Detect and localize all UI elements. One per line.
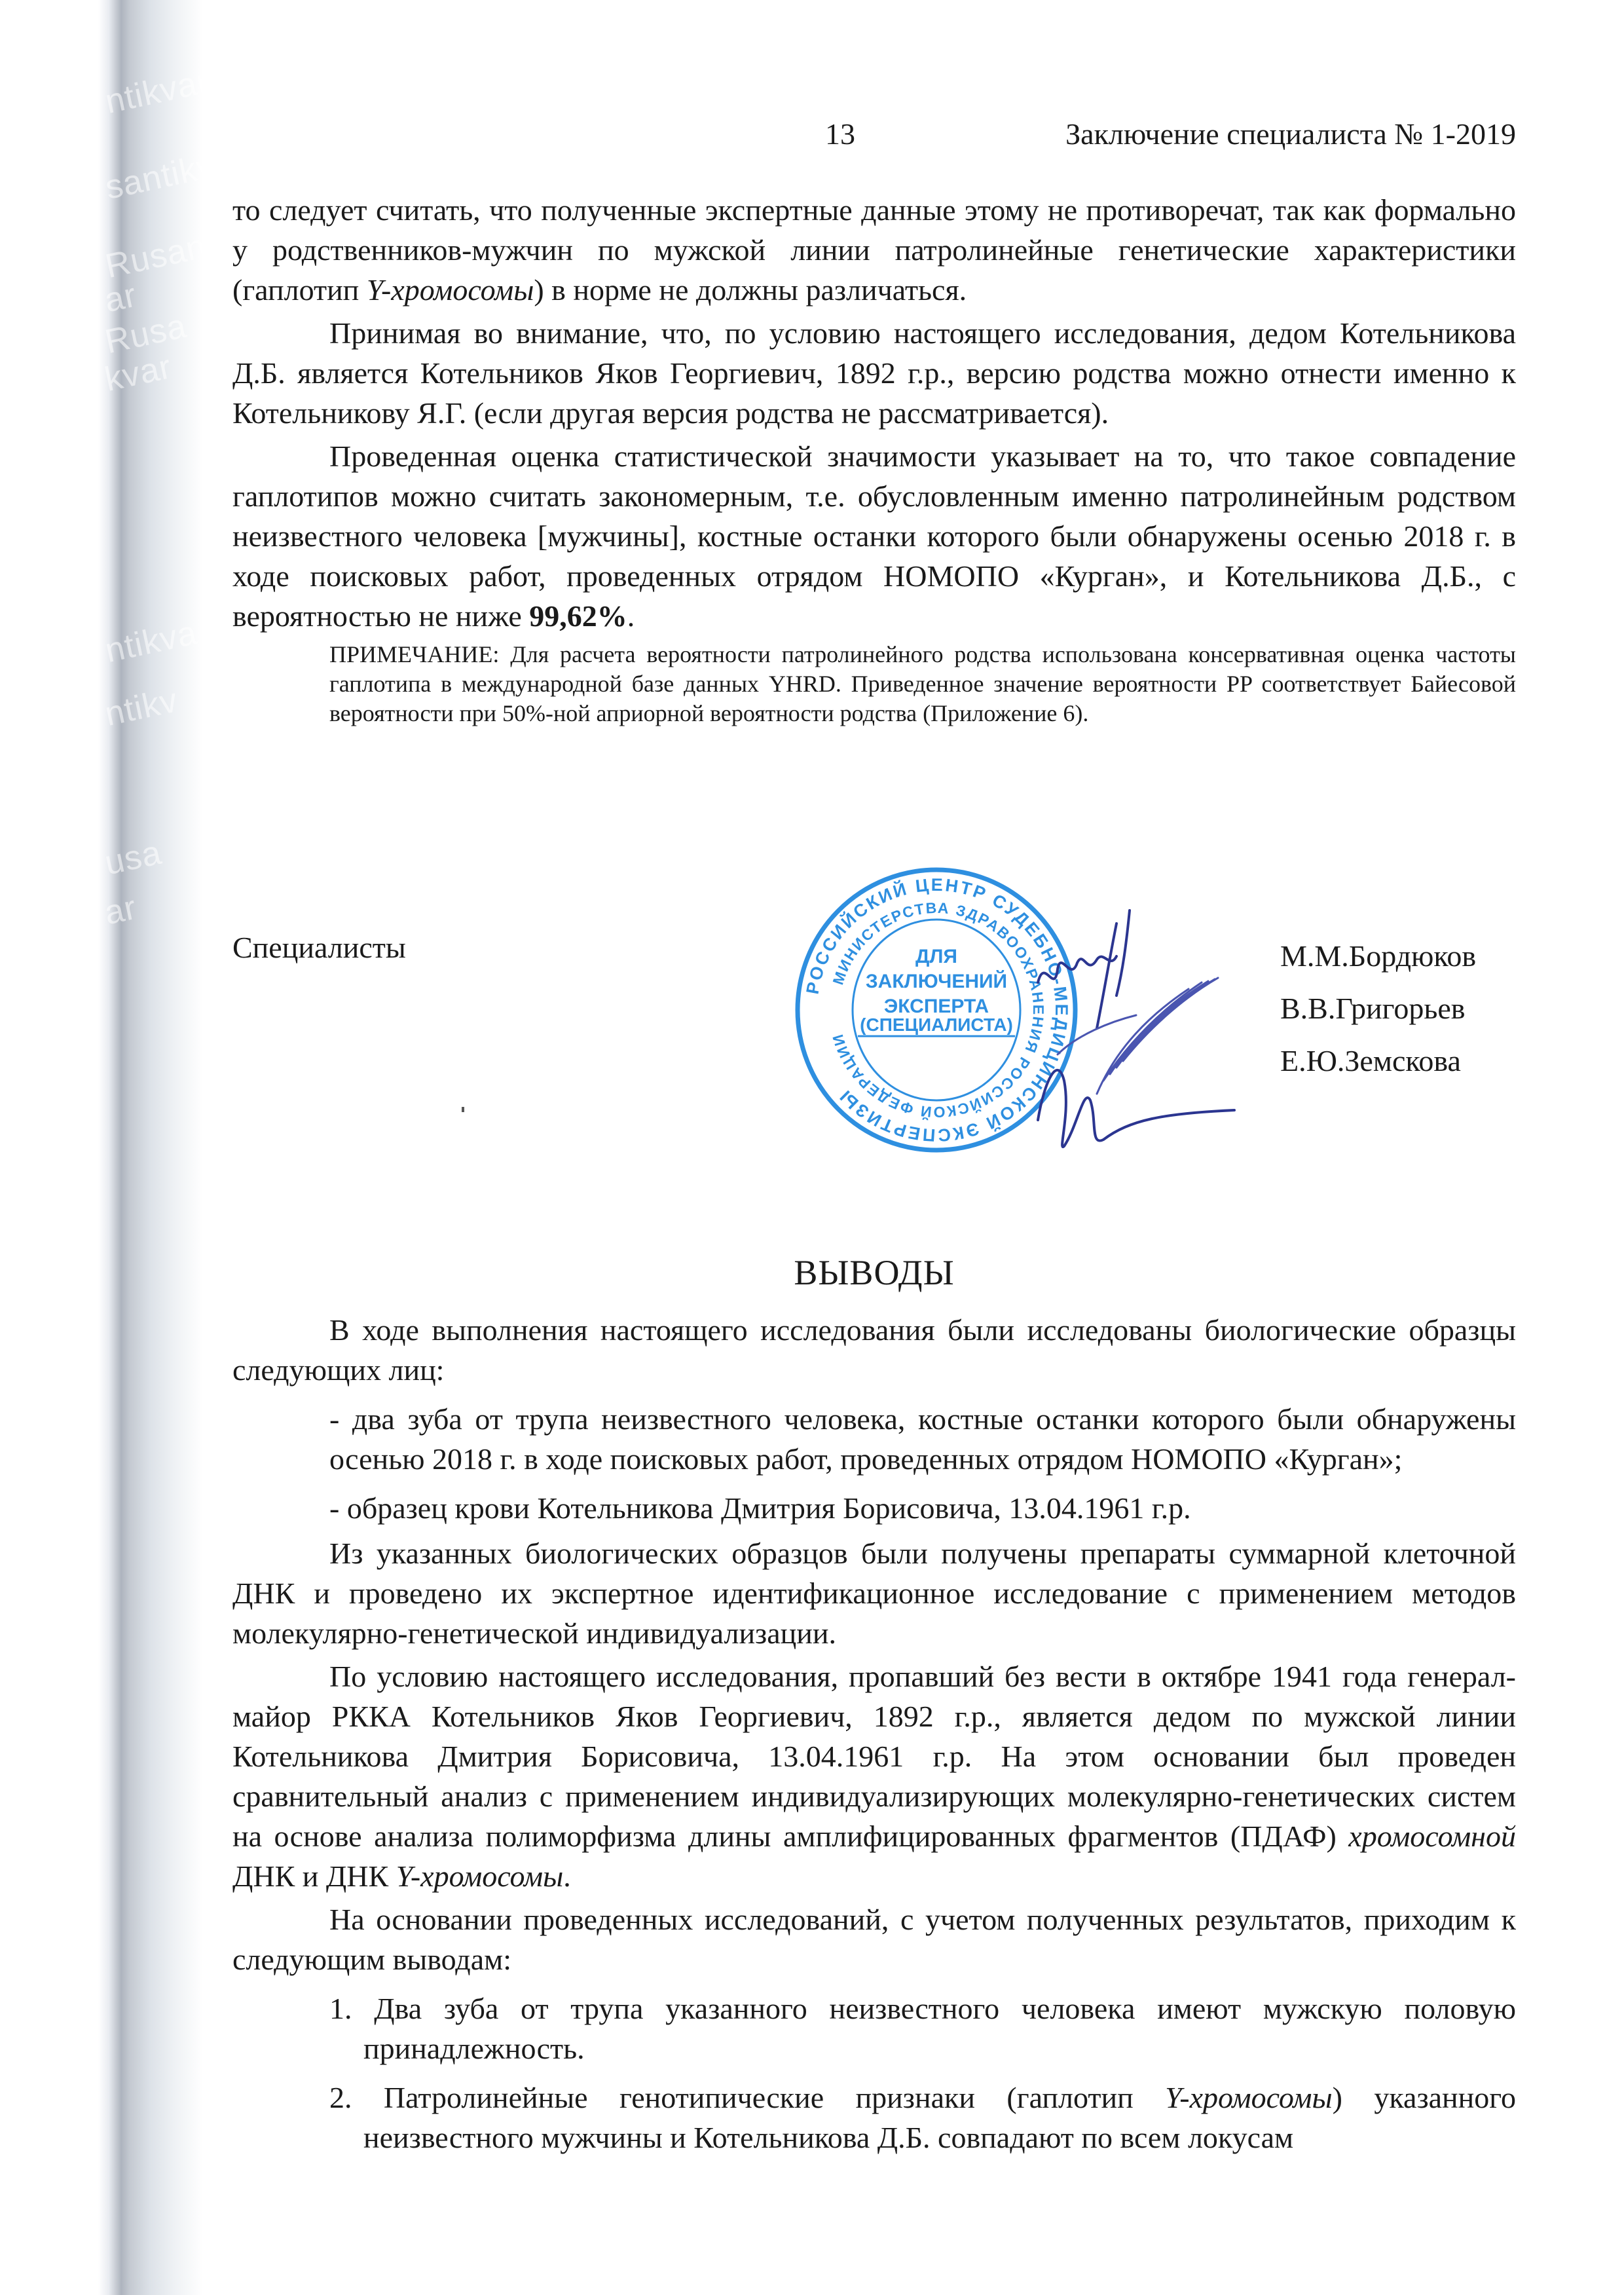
- specialist-name: М.М.Бордюков: [1280, 930, 1476, 982]
- svg-text:(СПЕЦИАЛИСТА): (СПЕЦИАЛИСТА): [860, 1015, 1013, 1035]
- sample-item: - два зуба от трупа неизвестного человек…: [329, 1399, 1516, 1479]
- body-paragraph-1: то следует считать, что полученные экспе…: [232, 190, 1516, 310]
- finding-item: 2. Патролинейные генотипические признаки…: [329, 2078, 1516, 2157]
- finding-item: 1. Два зуба от трупа указанного неизвест…: [329, 1988, 1516, 2068]
- basis-paragraph: На основании проведенных исследований, с…: [232, 1899, 1516, 1979]
- document-title: Заключение специалиста № 1-2019: [1065, 117, 1516, 151]
- sample-item: - образец крови Котельникова Дмитрия Бор…: [329, 1488, 1516, 1528]
- dna-paragraph: Из указанных биологических образцов были…: [232, 1533, 1516, 1653]
- conclusions-title: ВЫВОДЫ: [232, 1252, 1516, 1293]
- condition-paragraph: По условию настоящего исследования, проп…: [232, 1656, 1516, 1896]
- specialist-name: В.В.Григорьев: [1280, 982, 1476, 1035]
- body-section: то следует считать, что полученные экспе…: [232, 190, 1516, 728]
- conclusions-section: В ходе выполнения настоящего исследовани…: [232, 1310, 1516, 2163]
- page-number: 13: [825, 117, 855, 151]
- y-chromosome-term: Y-хромосомы: [367, 273, 534, 307]
- specialists-label: Специалисты: [232, 930, 406, 965]
- specialist-name: Е.Ю.Земскова: [1280, 1035, 1476, 1087]
- svg-text:ДЛЯ: ДЛЯ: [915, 946, 957, 967]
- note: ПРИМЕЧАНИЕ: Для расчета вероятности патр…: [329, 640, 1516, 728]
- signatures-block: Специалисты РОССИЙСКИЙ ЦЕНТР СУДЕБНО-МЕД…: [232, 930, 1516, 1146]
- page-header: 13 Заключение специалиста № 1-2019: [232, 117, 1516, 156]
- body-paragraph-3: Проведенная оценка статистической значим…: [232, 436, 1516, 636]
- scan-artifact: [462, 1107, 464, 1112]
- svg-text:ЗАКЛЮЧЕНИЙ: ЗАКЛЮЧЕНИЙ: [866, 970, 1007, 992]
- specialist-names: М.М.Бордюков В.В.Григорьев Е.Ю.Земскова: [1280, 930, 1476, 1087]
- handwritten-signatures-icon: [1018, 884, 1280, 1159]
- conclusions-intro: В ходе выполнения настоящего исследовани…: [232, 1310, 1516, 1390]
- probability-value: 99,62%: [529, 599, 627, 633]
- body-paragraph-2: Принимая во внимание, что, по условию на…: [232, 313, 1516, 433]
